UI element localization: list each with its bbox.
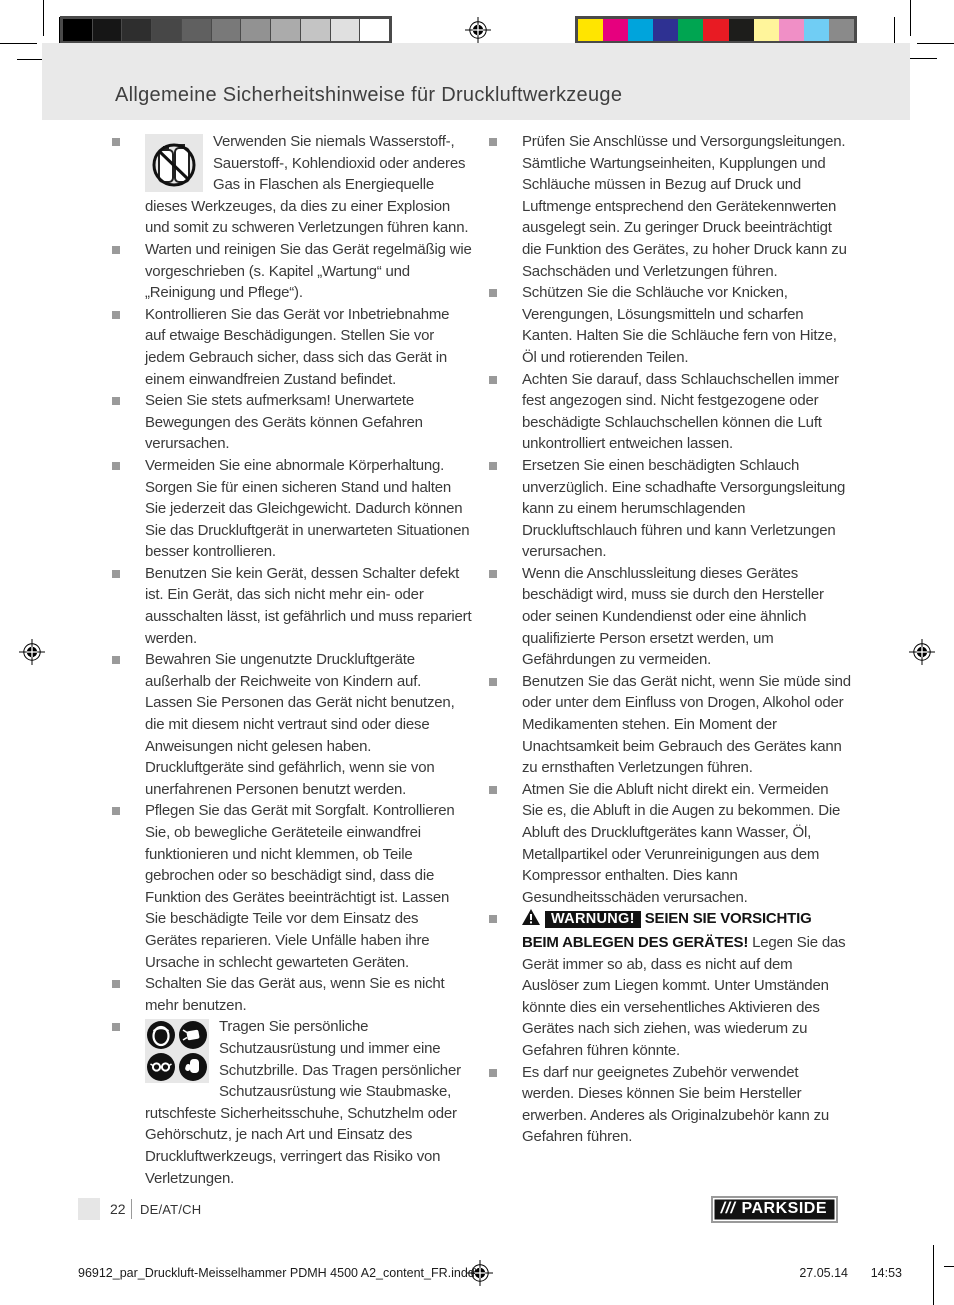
registration-mark-icon bbox=[909, 639, 935, 665]
safety-item-text: Atmen Sie die Abluft nicht direkt ein. V… bbox=[522, 781, 840, 906]
crop-mark bbox=[906, 58, 937, 59]
page-number: 22 bbox=[110, 1201, 126, 1217]
list-item: Kontrollieren Sie das Gerät vor Inbetrie… bbox=[112, 304, 472, 390]
no-gas-cylinders-icon bbox=[145, 134, 203, 192]
calibration-swatch bbox=[628, 19, 653, 41]
bullet-square-icon bbox=[112, 807, 120, 815]
list-item: Benutzen Sie kein Gerät, dessen Schalter… bbox=[112, 563, 472, 649]
print-filename: 96912_par_Druckluft-Meisselhammer PDMH 4… bbox=[78, 1266, 475, 1280]
parkside-logo-slashes-icon: /// bbox=[721, 1200, 736, 1217]
bullet-square-icon bbox=[112, 311, 120, 319]
list-item: Prüfen Sie Anschlüsse und Versorgungslei… bbox=[489, 131, 851, 282]
grayscale-calibration-bar bbox=[60, 16, 392, 44]
safety-item-text: Warten und reinigen Sie das Gerät regelm… bbox=[145, 241, 472, 301]
parkside-logo-text: PARKSIDE bbox=[742, 1200, 828, 1217]
list-item: Bewahren Sie ungenutzte Druckluftgeräte … bbox=[112, 649, 472, 800]
safety-item-text: Schalten Sie das Gerät aus, wenn Sie es … bbox=[145, 975, 445, 1014]
crop-mark bbox=[917, 43, 954, 44]
calibration-swatch bbox=[300, 19, 330, 41]
calibration-swatch bbox=[330, 19, 360, 41]
safety-item-text: Schützen Sie die Schläuche vor Knicken, … bbox=[522, 284, 837, 366]
print-time: 14:53 bbox=[871, 1266, 902, 1280]
list-item: Atmen Sie die Abluft nicht direkt ein. V… bbox=[489, 779, 851, 909]
calibration-swatch bbox=[779, 19, 804, 41]
list-item: Schützen Sie die Schläuche vor Knicken, … bbox=[489, 282, 851, 368]
safety-item-text: Es darf nur geeignetes Zubehör verwendet… bbox=[522, 1064, 829, 1146]
bullet-square-icon bbox=[112, 462, 120, 470]
calibration-swatch bbox=[653, 19, 678, 41]
calibration-swatch bbox=[359, 19, 389, 41]
crop-mark bbox=[43, 0, 44, 36]
list-item: Pflegen Sie das Gerät mit Sorgfalt. Kont… bbox=[112, 800, 472, 973]
safety-list-left: Verwenden Sie niemals Wasserstoff-, Saue… bbox=[112, 131, 472, 1189]
safety-list-right: Prüfen Sie Anschlüsse und Versorgungslei… bbox=[489, 131, 851, 1148]
calibration-swatch bbox=[181, 19, 211, 41]
footer-divider bbox=[131, 1199, 132, 1219]
bullet-square-icon bbox=[112, 1023, 120, 1031]
safety-item-text: Seien Sie stets aufmerksam! Unerwartete … bbox=[145, 392, 423, 452]
bullet-square-icon bbox=[489, 289, 497, 297]
list-item: Verwenden Sie niemals Wasserstoff-, Saue… bbox=[112, 131, 472, 239]
footer-gray-square bbox=[78, 1198, 100, 1220]
safety-item-text: Prüfen Sie Anschlüsse und Versorgungslei… bbox=[522, 133, 847, 280]
list-item: Es darf nur geeignetes Zubehör verwendet… bbox=[489, 1062, 851, 1148]
print-info-line: 96912_par_Druckluft-Meisselhammer PDMH 4… bbox=[0, 1265, 954, 1285]
column-left: Verwenden Sie niemals Wasserstoff-, Saue… bbox=[112, 131, 472, 1189]
calibration-swatch bbox=[121, 19, 151, 41]
calibration-swatch bbox=[729, 19, 754, 41]
list-item: Wenn die Anschlussleitung dieses Gerätes… bbox=[489, 563, 851, 671]
safety-item-text: Pflegen Sie das Gerät mit Sorgfalt. Kont… bbox=[145, 802, 455, 970]
calibration-swatch bbox=[754, 19, 779, 41]
safety-item-text: Benutzen Sie kein Gerät, dessen Schalter… bbox=[145, 565, 471, 647]
region-code: DE/AT/CH bbox=[140, 1202, 201, 1217]
list-item: Tragen Sie persönliche Schutzausrüstung … bbox=[112, 1016, 472, 1189]
calibration-swatch bbox=[603, 19, 628, 41]
list-item: WARNUNG! SEIEN SIE VORSICHTIG BEIM ABLEG… bbox=[489, 908, 851, 1061]
safety-item-text: Wenn die Anschlussleitung dieses Gerätes… bbox=[522, 565, 824, 668]
bullet-square-icon bbox=[489, 678, 497, 686]
list-item: Warten und reinigen Sie das Gerät regelm… bbox=[112, 239, 472, 304]
calibration-swatch bbox=[578, 19, 603, 41]
safety-item-text: Ersetzen Sie einen beschädigten Schlauch… bbox=[522, 457, 845, 560]
print-date: 27.05.14 bbox=[799, 1266, 848, 1280]
calibration-swatch bbox=[92, 19, 122, 41]
safety-item-text: Benutzen Sie das Gerät nicht, wenn Sie m… bbox=[522, 673, 851, 776]
bullet-square-icon bbox=[489, 786, 497, 794]
column-right: Prüfen Sie Anschlüsse und Versorgungslei… bbox=[489, 131, 851, 1148]
calibration-swatch bbox=[211, 19, 241, 41]
registration-mark-icon bbox=[465, 17, 491, 43]
bullet-square-icon bbox=[489, 1069, 497, 1077]
crop-mark bbox=[910, 0, 911, 36]
safety-item-text: Achten Sie darauf, dass Schlauchschellen… bbox=[522, 371, 839, 453]
calibration-swatch bbox=[703, 19, 728, 41]
list-item: Vermeiden Sie eine abnormale Körperhaltu… bbox=[112, 455, 472, 563]
list-item: Benutzen Sie das Gerät nicht, wenn Sie m… bbox=[489, 671, 851, 779]
calibration-swatch bbox=[63, 19, 92, 41]
safety-item-text: Kontrollieren Sie das Gerät vor Inbetrie… bbox=[145, 306, 449, 388]
footer: 22 DE/AT/CH ///PARKSIDE bbox=[0, 1196, 954, 1224]
bullet-square-icon bbox=[112, 570, 120, 578]
warning-triangle-icon bbox=[522, 909, 540, 932]
header-bar: Allgemeine Sicherheitshinweise für Druck… bbox=[42, 43, 910, 120]
bullet-square-icon bbox=[112, 656, 120, 664]
bullet-square-icon bbox=[112, 397, 120, 405]
bullet-square-icon bbox=[489, 138, 497, 146]
safety-item-text: Legen Sie das Gerät immer so ab, dass es… bbox=[522, 934, 845, 1059]
registration-mark-icon bbox=[19, 639, 45, 665]
list-item: Schalten Sie das Gerät aus, wenn Sie es … bbox=[112, 973, 472, 1016]
warning-label: WARNUNG! bbox=[545, 911, 641, 928]
safety-item-text: Bewahren Sie ungenutzte Druckluftgeräte … bbox=[145, 651, 455, 798]
calibration-swatch bbox=[804, 19, 829, 41]
manual-page: 22 Allgemeine Sicherheitshinweise für Dr… bbox=[0, 0, 954, 1305]
calibration-swatch bbox=[678, 19, 703, 41]
bullet-square-icon bbox=[489, 570, 497, 578]
bullet-square-icon bbox=[489, 462, 497, 470]
bullet-square-icon bbox=[112, 980, 120, 988]
protective-equipment-icons bbox=[145, 1019, 209, 1083]
bullet-square-icon bbox=[489, 915, 497, 923]
calibration-swatch bbox=[829, 19, 854, 41]
calibration-swatch bbox=[240, 19, 270, 41]
bullet-square-icon bbox=[112, 138, 120, 146]
color-calibration-bar bbox=[575, 16, 857, 44]
bullet-square-icon bbox=[112, 246, 120, 254]
crop-mark bbox=[0, 43, 37, 44]
calibration-swatch bbox=[270, 19, 300, 41]
list-item: Seien Sie stets aufmerksam! Unerwartete … bbox=[112, 390, 472, 455]
calibration-swatch bbox=[151, 19, 181, 41]
list-item: Achten Sie darauf, dass Schlauchschellen… bbox=[489, 369, 851, 455]
safety-item-text: Vermeiden Sie eine abnormale Körperhaltu… bbox=[145, 457, 469, 560]
bullet-square-icon bbox=[489, 376, 497, 384]
list-item: Ersetzen Sie einen beschädigten Schlauch… bbox=[489, 455, 851, 563]
page-title: Allgemeine Sicherheitshinweise für Druck… bbox=[115, 84, 622, 107]
parkside-logo: ///PARKSIDE bbox=[711, 1196, 838, 1223]
